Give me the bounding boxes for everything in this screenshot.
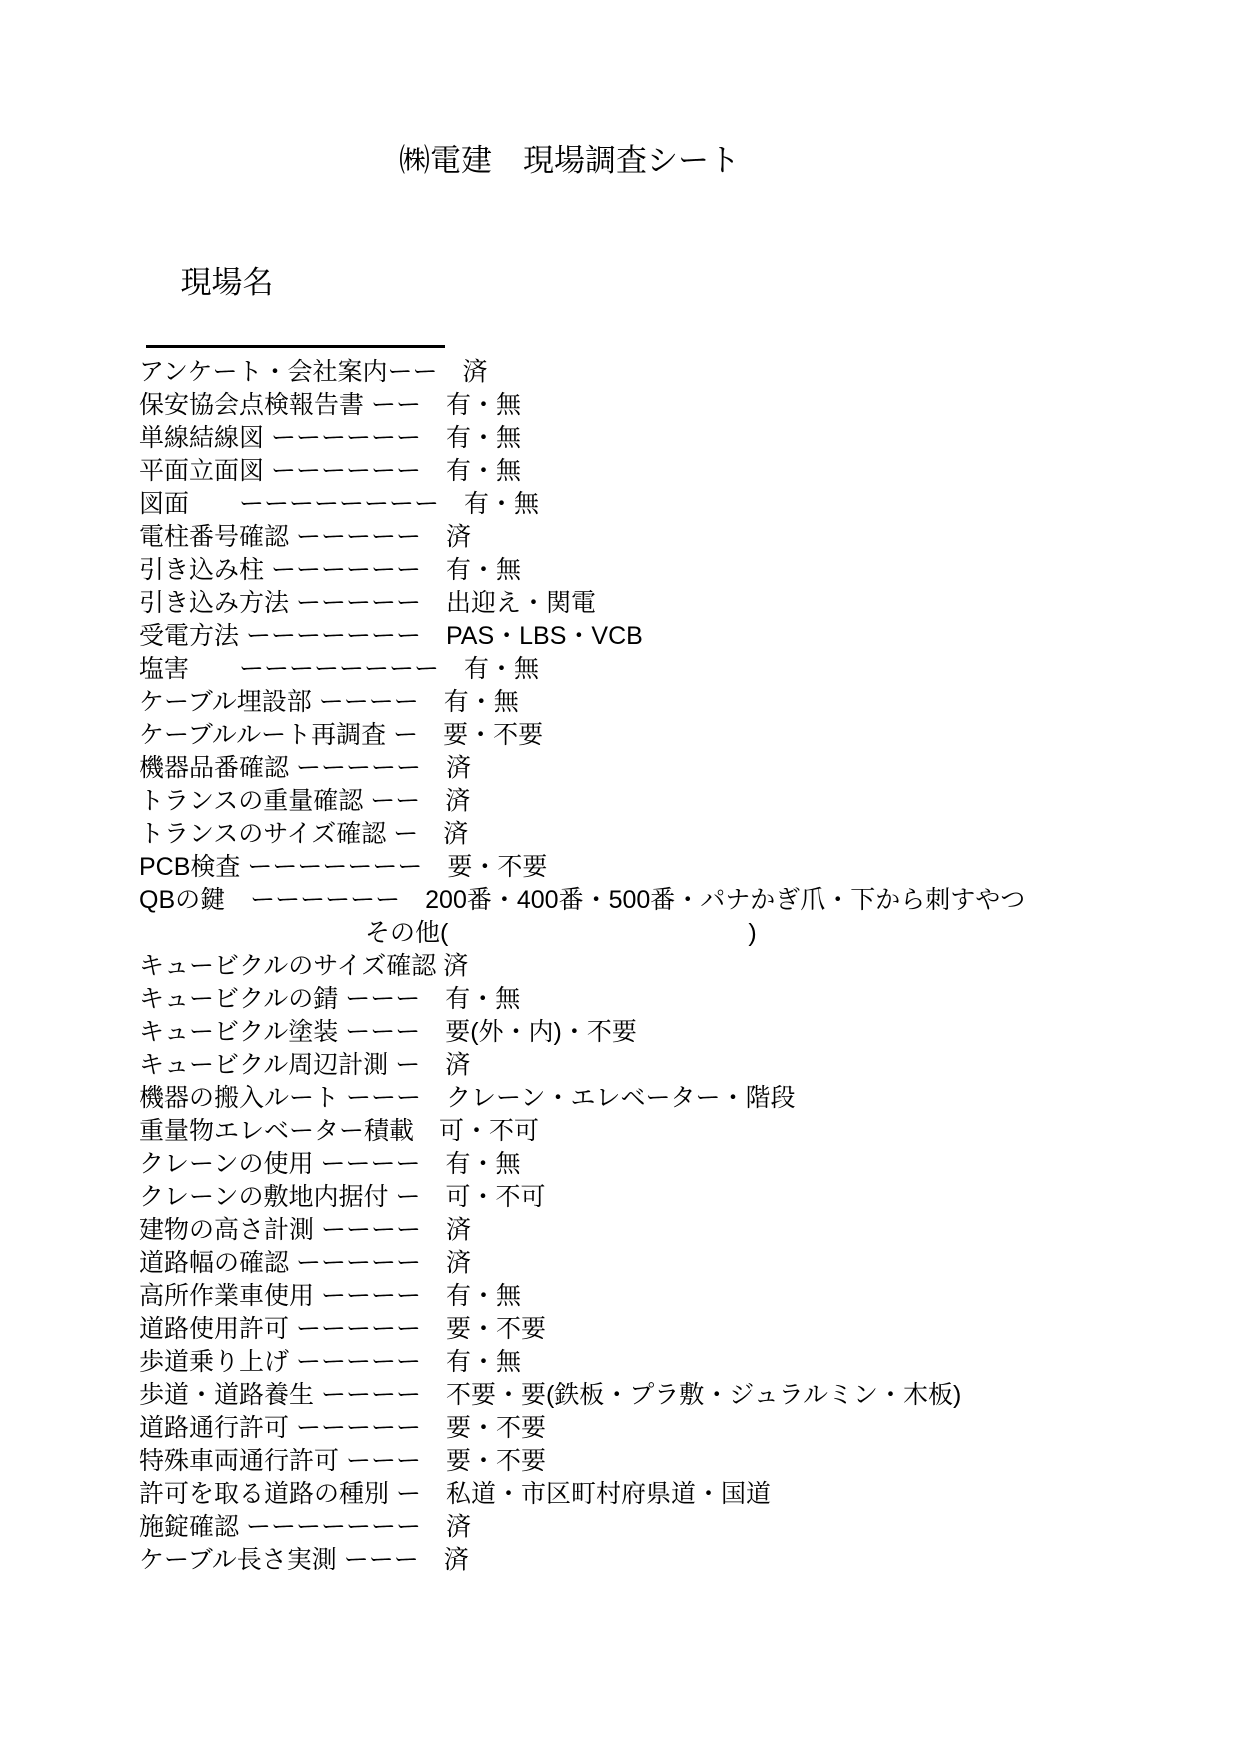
item-label: 重量物エレベーター積載 (139, 1117, 414, 1145)
item-connector: ーーー (339, 1447, 446, 1475)
item-connector: ーーーーーーーー (189, 490, 464, 518)
item-label: 施錠確認 (139, 1513, 239, 1541)
item-label: 道路使用許可 (139, 1315, 289, 1343)
item-connector: ーーー (339, 1084, 446, 1112)
item-value: 済 (446, 1249, 471, 1277)
checklist-item: 機器の搬入ルート ーーー クレーン・エレベーター・階段 (139, 1082, 1025, 1115)
checklist-item: トランスのサイズ確認 ー 済 (139, 818, 1025, 851)
item-connector: ーーーーー (289, 1414, 446, 1442)
item-value: 済 (443, 820, 468, 848)
item-label: QBの鍵 (139, 886, 225, 914)
item-value: 済 (445, 787, 470, 815)
item-connector: ーー (388, 358, 463, 386)
item-label: トランスの重量確認 (139, 787, 363, 815)
item-label: 受電方法 (139, 622, 239, 650)
item-connector: ー (388, 1051, 445, 1079)
item-connector: ーーーーーーー (239, 1513, 446, 1541)
item-connector: ーーーーーー (264, 424, 446, 452)
item-label: キュービクル塗装 (139, 1018, 338, 1046)
item-value: 済 (446, 1216, 471, 1244)
item-value: 済 (445, 1051, 470, 1079)
checklist-item: 建物の高さ計測 ーーーー 済 (139, 1214, 1025, 1247)
item-label: 許可を取る道路の種別 (139, 1480, 389, 1508)
item-label: 機器品番確認 (139, 754, 289, 782)
checklist-item: 塩害 ーーーーーーーー 有・無 (139, 653, 1025, 686)
item-label: キュービクル周辺計測 (139, 1051, 388, 1079)
checklist-item: 歩道乗り上げ ーーーーー 有・無 (139, 1346, 1025, 1379)
item-value: 有・無 (446, 1348, 521, 1376)
item-connector: ーーーー (314, 1282, 446, 1310)
item-label: 保安協会点検報告書 (139, 391, 364, 419)
checklist-item: 高所作業車使用 ーーーー 有・無 (139, 1280, 1025, 1313)
item-label: キュービクルのサイズ確認 (139, 952, 436, 980)
item-value: 済 (443, 952, 468, 980)
checklist-item: 道路通行許可 ーーーーー 要・不要 (139, 1412, 1025, 1445)
checklist-item: 受電方法 ーーーーーーー PAS・LBS・VCB (139, 620, 1025, 653)
checklist-item: アンケート・会社案内ーー 済 (139, 356, 1025, 389)
item-value: PAS・LBS・VCB (446, 622, 643, 650)
item-label: 塩害 (139, 655, 189, 683)
checklist-item: ケーブル長さ実測 ーーー 済 (139, 1544, 1025, 1577)
checklist-item: 許可を取る道路の種別 ー 私道・市区町村府県道・国道 (139, 1478, 1025, 1511)
item-connector: ーーーーーーー (240, 853, 447, 881)
checklist-item: 保安協会点検報告書 ーー 有・無 (139, 389, 1025, 422)
item-connector: ーーーーーーーー (189, 655, 464, 683)
item-value: 有・無 (464, 490, 539, 518)
item-connector: ーー (364, 391, 446, 419)
item-value: 済 (463, 358, 488, 386)
item-label: 引き込み方法 (139, 589, 289, 617)
item-connector (414, 1117, 439, 1145)
item-connector: ーーーーーー (264, 556, 446, 584)
checklist-item: 電柱番号確認 ーーーーー 済 (139, 521, 1025, 554)
item-value: 有・無 (464, 655, 539, 683)
item-connector: ーーー (337, 1546, 444, 1574)
checklist-item: クレーンの使用 ーーーー 有・無 (139, 1148, 1025, 1181)
item-value: 不要・要(鉄板・プラ敷・ジュラルミン・木板) (446, 1381, 961, 1409)
item-value: ) (748, 919, 756, 947)
checklist-item: クレーンの敷地内据付 ー 可・不可 (139, 1181, 1025, 1214)
item-value: 有・無 (445, 1150, 520, 1178)
item-connector: ーーーーー (289, 589, 446, 617)
item-label: 図面 (139, 490, 189, 518)
checklist-item: キュービクル周辺計測 ー 済 (139, 1049, 1025, 1082)
item-label: PCB検査 (139, 853, 240, 881)
item-value: 私道・市区町村府県道・国道 (446, 1480, 771, 1508)
checklist-item: 道路使用許可 ーーーーー 要・不要 (139, 1313, 1025, 1346)
item-label: 歩道・道路養生 (139, 1381, 314, 1409)
item-value: 200番・400番・500番・パナかぎ爪・下から刺すやつ (425, 886, 1025, 914)
checklist-item: QBの鍵 ーーーーーー 200番・400番・500番・パナかぎ爪・下から刺すやつ (139, 884, 1025, 917)
item-connector: ーーーーーー (225, 886, 425, 914)
item-value: 要・不要 (446, 1414, 546, 1442)
item-value: クレーン・エレベーター・階段 (446, 1084, 796, 1112)
checklist-item: 重量物エレベーター積載 可・不可 (139, 1115, 1025, 1148)
item-label: キュービクルの錆 (139, 985, 338, 1013)
checklist-item: キュービクルの錆 ーーー 有・無 (139, 983, 1025, 1016)
item-label: アンケート・会社案内 (139, 358, 388, 386)
item-value: 要・不要 (447, 853, 547, 881)
checklist-item: ケーブルルート再調査 ー 要・不要 (139, 719, 1025, 752)
item-value: 可・不可 (439, 1117, 539, 1145)
item-label: ケーブルルート再調査 (139, 721, 386, 749)
checklist: アンケート・会社案内ーー 済保安協会点検報告書 ーー 有・無単線結線図 ーーーー… (139, 356, 1025, 1577)
item-value: 済 (446, 523, 471, 551)
checklist-item: 図面 ーーーーーーーー 有・無 (139, 488, 1025, 521)
item-value: 要(外・内)・不要 (445, 1018, 637, 1046)
item-value: 済 (446, 754, 471, 782)
checklist-item: 道路幅の確認 ーーーーー 済 (139, 1247, 1025, 1280)
item-value: 済 (444, 1546, 469, 1574)
item-label: その他( (365, 919, 448, 947)
item-value: 可・不可 (445, 1183, 545, 1211)
item-label: 平面立面図 (139, 457, 264, 485)
checklist-item: ケーブル埋設部 ーーーー 有・無 (139, 686, 1025, 719)
item-connector: ーーーーー (289, 754, 446, 782)
item-value: 要・不要 (443, 721, 543, 749)
item-label: 機器の搬入ルート (139, 1084, 339, 1112)
item-connector: ーーーー (314, 1216, 446, 1244)
item-value: 有・無 (446, 391, 521, 419)
checklist-item: 機器品番確認 ーーーーー 済 (139, 752, 1025, 785)
item-connector (448, 919, 748, 947)
item-connector: ーーーーー (289, 1315, 446, 1343)
item-label: トランスのサイズ確認 (139, 820, 386, 848)
item-value: 有・無 (446, 424, 521, 452)
item-connector: ー (386, 820, 443, 848)
checklist-item: 平面立面図 ーーーーーー 有・無 (139, 455, 1025, 488)
checklist-item: 引き込み方法 ーーーーー 出迎え・関電 (139, 587, 1025, 620)
item-label: 道路通行許可 (139, 1414, 289, 1442)
item-label: 電柱番号確認 (139, 523, 289, 551)
item-connector: ーーーーー (289, 1249, 446, 1277)
item-label: 単線結線図 (139, 424, 264, 452)
item-connector: ーーーー (312, 688, 444, 716)
checklist-item: その他( ) (139, 917, 1025, 950)
item-label: 引き込み柱 (139, 556, 264, 584)
checklist-item: キュービクル塗装 ーーー 要(外・内)・不要 (139, 1016, 1025, 1049)
checklist-item: PCB検査 ーーーーーーー 要・不要 (139, 851, 1025, 884)
item-value: 出迎え・関電 (446, 589, 596, 617)
survey-sheet-page: ㈱電建 現場調査シート 現場名 アンケート・会社案内ーー 済保安協会点検報告書 … (0, 0, 1241, 1754)
item-connector: ーー (363, 787, 445, 815)
checklist-item: 歩道・道路養生 ーーーー 不要・要(鉄板・プラ敷・ジュラルミン・木板) (139, 1379, 1025, 1412)
item-connector: ーーーーーー (264, 457, 446, 485)
item-label: ケーブル長さ実測 (139, 1546, 337, 1574)
item-connector: ー (389, 1183, 446, 1211)
item-connector: ーーー (338, 1018, 445, 1046)
item-value: 済 (446, 1513, 471, 1541)
item-value: 要・不要 (446, 1447, 546, 1475)
item-label: 建物の高さ計測 (139, 1216, 314, 1244)
item-value: 有・無 (446, 457, 521, 485)
checklist-item: 施錠確認 ーーーーーーー 済 (139, 1511, 1025, 1544)
item-label: 道路幅の確認 (139, 1249, 289, 1277)
checklist-item: 特殊車両通行許可 ーーー 要・不要 (139, 1445, 1025, 1478)
site-name-label: 現場名 (180, 265, 273, 300)
item-label: 特殊車両通行許可 (139, 1447, 339, 1475)
checklist-item: トランスの重量確認 ーー 済 (139, 785, 1025, 818)
site-name-row: 現場名 (146, 226, 445, 348)
checklist-item: 引き込み柱 ーーーーーー 有・無 (139, 554, 1025, 587)
item-connector: ー (389, 1480, 446, 1508)
item-value: 有・無 (445, 985, 520, 1013)
item-connector: ーーーー (314, 1150, 446, 1178)
document-title: ㈱電建 現場調査シート (399, 141, 740, 181)
item-connector: ーーーー (314, 1381, 446, 1409)
item-connector: ーーー (338, 985, 445, 1013)
checklist-item: キュービクルのサイズ確認 済 (139, 950, 1025, 983)
item-connector: ーーーーー (289, 523, 446, 551)
item-connector: ー (386, 721, 443, 749)
item-label: クレーンの敷地内据付 (139, 1183, 389, 1211)
item-value: 有・無 (444, 688, 519, 716)
item-label: クレーンの使用 (139, 1150, 314, 1178)
item-label: 歩道乗り上げ (139, 1348, 289, 1376)
item-connector: ーーーーー (289, 1348, 446, 1376)
item-value: 要・不要 (446, 1315, 546, 1343)
item-value: 有・無 (446, 1282, 521, 1310)
item-label: ケーブル埋設部 (139, 688, 312, 716)
item-connector: ーーーーーーー (239, 622, 446, 650)
item-label: 高所作業車使用 (139, 1282, 314, 1310)
item-value: 有・無 (446, 556, 521, 584)
checklist-item: 単線結線図 ーーーーーー 有・無 (139, 422, 1025, 455)
